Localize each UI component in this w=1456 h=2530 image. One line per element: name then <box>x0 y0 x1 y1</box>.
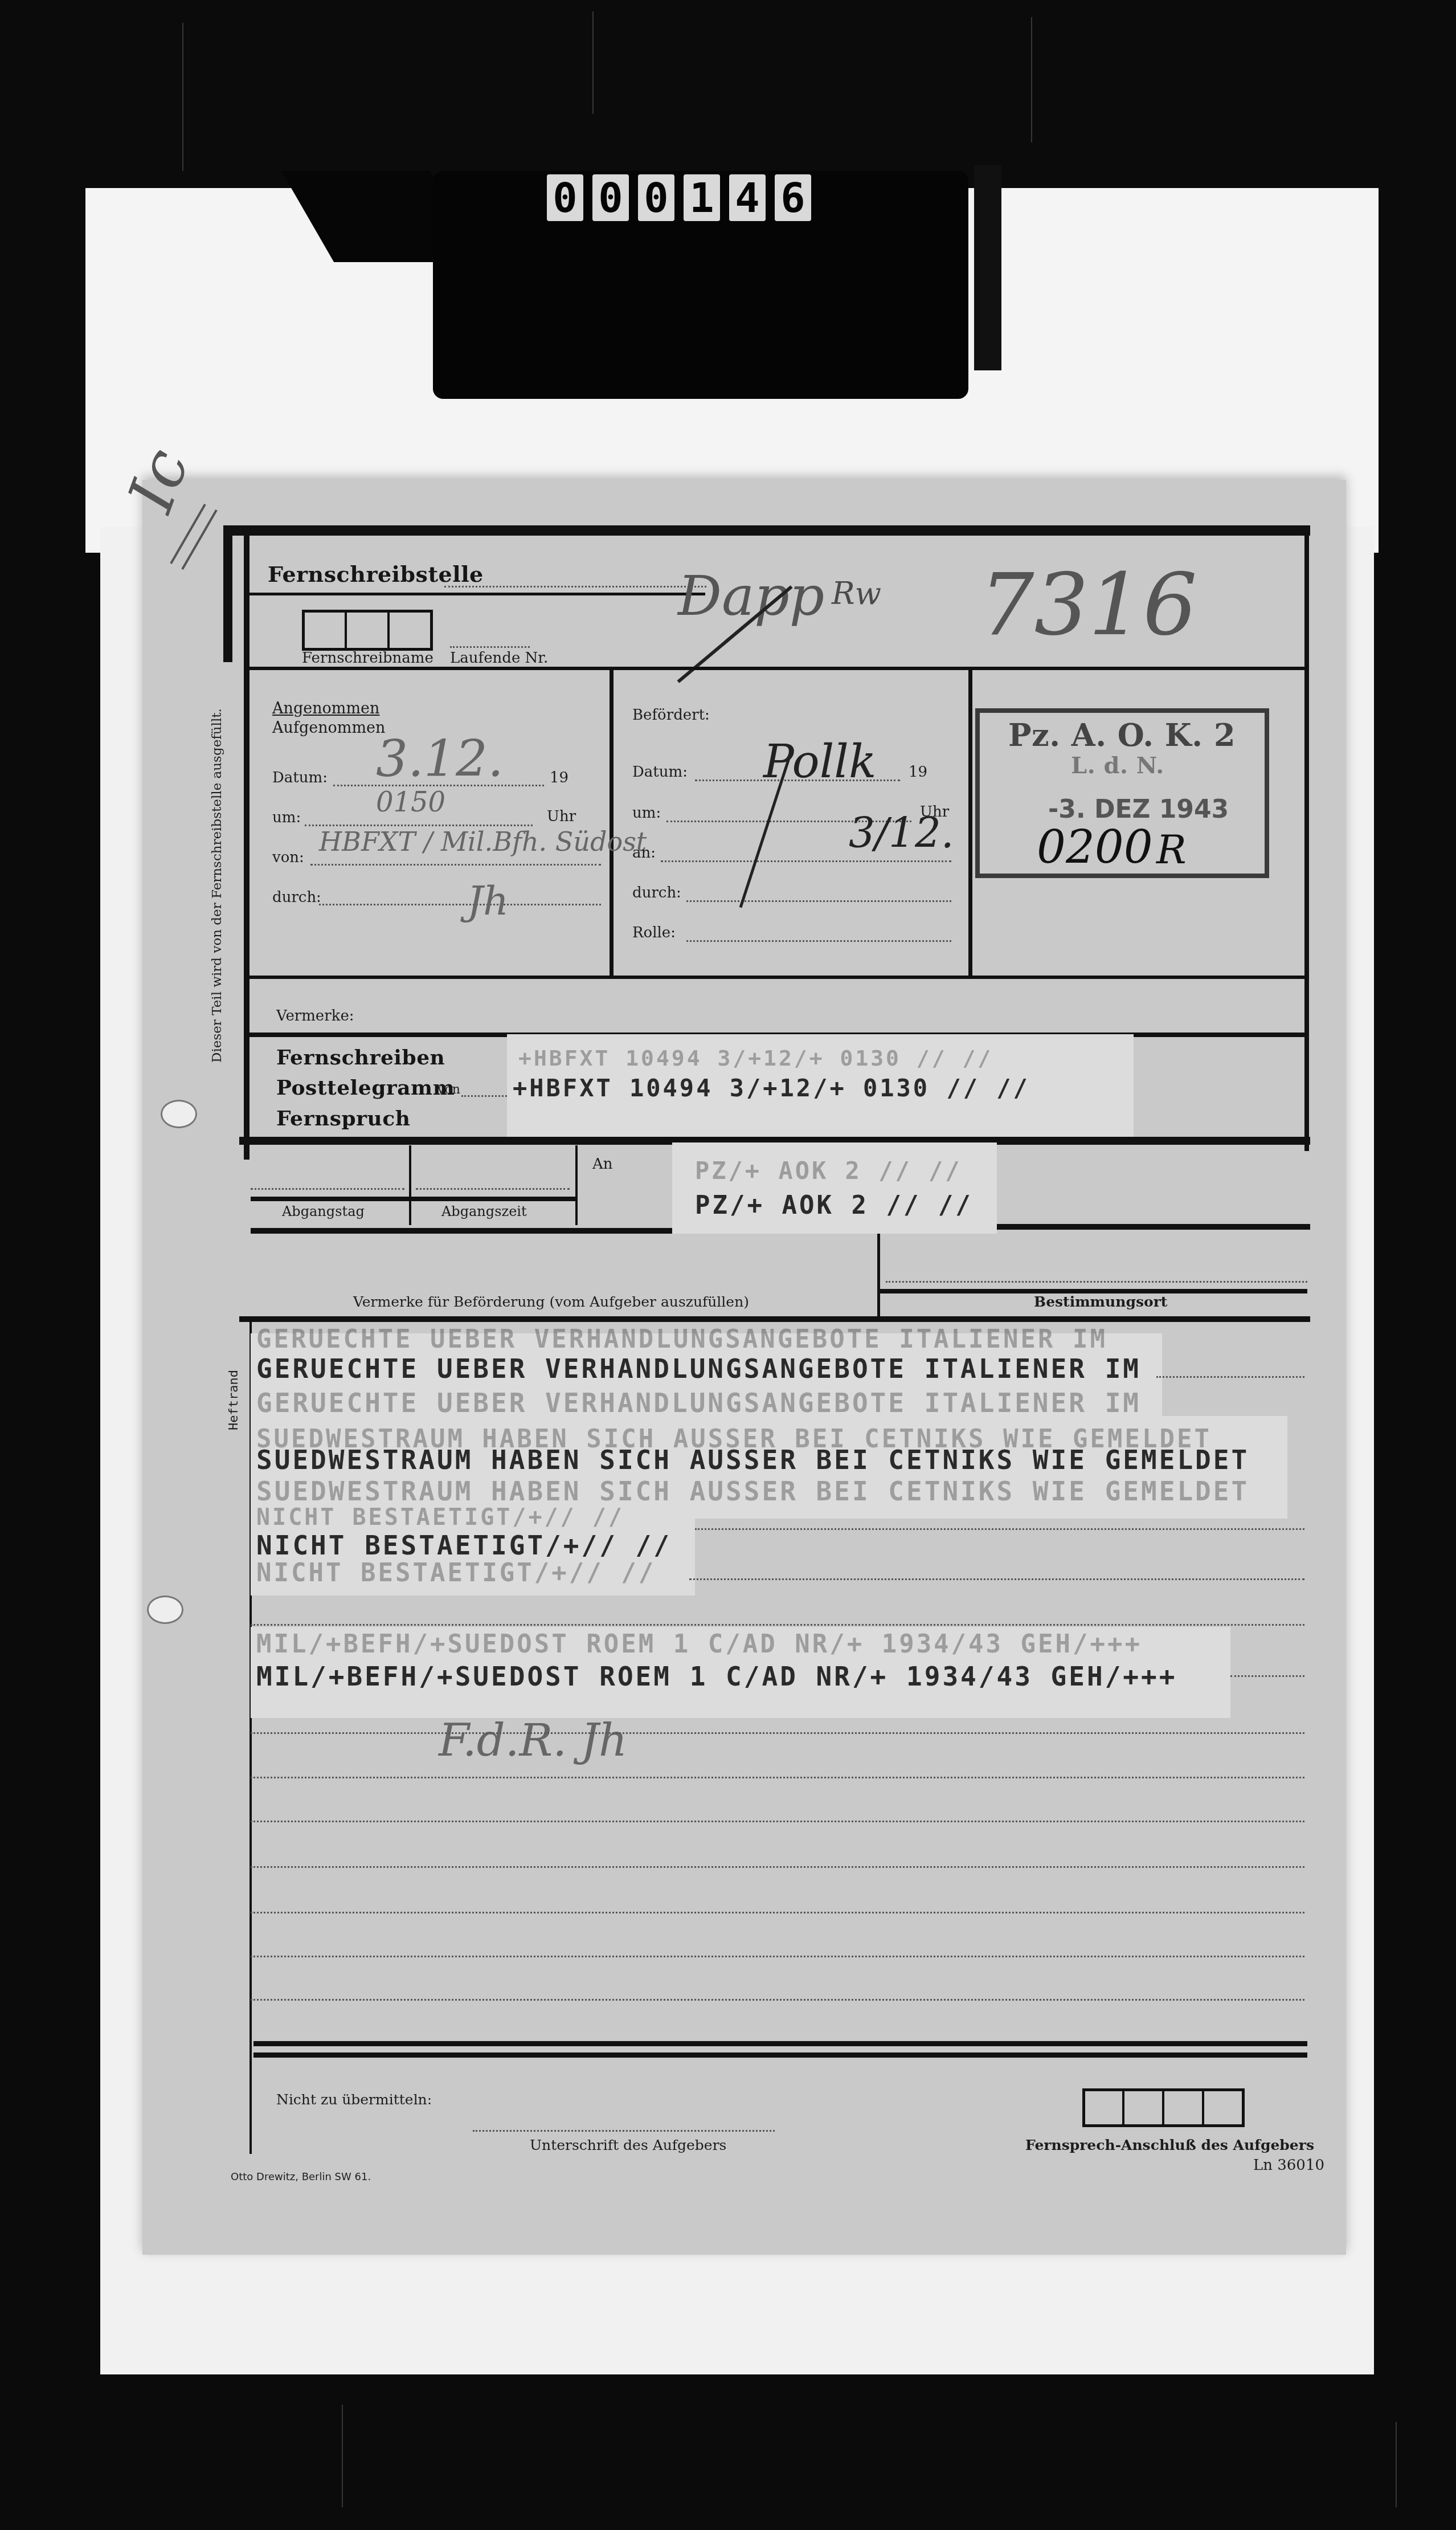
counter-knob <box>974 165 1001 370</box>
body-ruled-line <box>251 1912 1304 1913</box>
dispatch-time-line <box>416 1188 570 1190</box>
received-from-line <box>310 864 601 866</box>
destination-label: Bestimmungsort <box>1034 1293 1167 1310</box>
type-post-telegram: Posttelegramm <box>276 1076 455 1100</box>
serial-label: Laufende Nr. <box>450 650 548 667</box>
received-time-label: um: <box>272 809 301 826</box>
serial-dotted-line <box>450 646 530 648</box>
destination-dotted-line <box>886 1281 1307 1283</box>
handwritten-signoff: F.d.R. Jh <box>439 1715 627 1766</box>
station-dotted-line <box>444 586 706 587</box>
forwarded-by-label: durch: <box>632 884 681 901</box>
box-divider <box>1162 2088 1164 2127</box>
forwarded-roll-line <box>686 940 951 942</box>
destination-line <box>880 1289 1307 1293</box>
stamp-unit: Pz. A. O. K. 2 <box>1008 717 1236 753</box>
body-ruled-line <box>251 1999 1304 2001</box>
dispatch-to-label: An <box>592 1156 613 1173</box>
dispatch-bottom-line-right <box>997 1224 1310 1230</box>
remarks-top-line <box>250 976 1309 979</box>
forwarded-roll-label: Rolle: <box>632 924 676 941</box>
body-ruled-line <box>251 1956 1304 1957</box>
stamp-date: -3. DEZ 1943 <box>1048 795 1229 824</box>
counter-digits: 0 0 0 1 4 6 <box>547 174 811 221</box>
signature-dotted-line <box>473 2130 775 2132</box>
stamp-office: L. d. N. <box>1071 752 1164 779</box>
closing-double-line <box>253 2041 1307 2046</box>
box-divider <box>387 610 390 651</box>
forwarded-time-label: um: <box>632 805 661 822</box>
received-by-value: Jh <box>467 878 509 924</box>
received-date-label: Datum: <box>272 769 328 786</box>
from-label: von <box>437 1083 460 1097</box>
teletype-recipient-ghost: PZ/+ AOK 2 // // <box>695 1157 962 1185</box>
sender-signature-label: Unterschrift des Aufgebers <box>530 2137 726 2153</box>
type-phone-message: Fernspruch <box>276 1107 410 1131</box>
stamp-handwritten-time: 0200 <box>1037 821 1153 874</box>
message-line-4: MIL/+BEFH/+SUEDOST ROEM 1 C/AD NR/+ 1934… <box>256 1661 1177 1692</box>
teleprinter-name-label: Fernschreibname <box>302 650 433 667</box>
counter-digit: 0 <box>592 174 629 221</box>
counter-digit: 6 <box>775 174 811 221</box>
header-bottom-line <box>250 667 1304 670</box>
forwarded-date-label: Datum: <box>632 764 688 781</box>
received-title-top: Angenommen <box>272 700 379 717</box>
teletype-recipient: PZ/+ AOK 2 // // <box>695 1191 973 1220</box>
handwritten-message-number: 7316 <box>980 556 1197 655</box>
header-divider <box>250 593 705 595</box>
type-teleprint: Fernschreiben <box>276 1046 445 1070</box>
message-line-1: GERUECHTE UEBER VERHANDLUNGSANGEBOTE ITA… <box>256 1353 1141 1384</box>
form-border-top <box>223 525 1310 536</box>
message-line-3: NICHT BESTAETIGT/+// // <box>256 1530 672 1561</box>
forwarded-year-prefix: 19 <box>909 764 927 781</box>
teletype-ghost-line: MIL/+BEFH/+SUEDOST ROEM 1 C/AD NR/+ 1934… <box>256 1630 1142 1659</box>
sender-phone-label: Fernsprech-Anschluß des Aufgebers <box>1025 2137 1314 2153</box>
forwarded-to-label: an: <box>632 844 656 862</box>
closing-double-line <box>253 2052 1307 2058</box>
from-dotted-line <box>461 1095 507 1097</box>
counter-digit: 1 <box>684 174 720 221</box>
form-number: Ln 36010 <box>1253 2157 1324 2174</box>
teleprinter-name-boxes <box>302 610 433 651</box>
box-divider <box>1122 2088 1124 2127</box>
teletype-ghost-line: NICHT BESTAETIGT/+// // <box>256 1558 656 1588</box>
forwarded-by-line <box>686 900 951 902</box>
dispatch-divider <box>575 1145 578 1225</box>
teletype-strip-recipient <box>672 1142 997 1234</box>
body-ruled-line <box>695 1528 1304 1530</box>
received-from-label: von: <box>272 849 304 866</box>
binding-edge-label: Heftrand <box>227 1370 241 1430</box>
form-border-left-bracket <box>223 525 232 662</box>
box-divider <box>345 610 347 651</box>
frame-counter: 0 0 0 1 4 6 <box>433 171 968 399</box>
counter-digit: 0 <box>547 174 583 221</box>
received-from-value: HBFXT / Mil.Bfh. Südost <box>319 826 647 857</box>
forwarded-to-line <box>661 860 951 862</box>
body-ruled-line <box>251 1821 1304 1822</box>
form-border-right <box>1304 536 1309 1151</box>
teletype-ghost-line: NICHT BESTAETIGT/+// // <box>256 1504 624 1531</box>
counter-digit: 4 <box>729 174 766 221</box>
remarks-label: Vermerke: <box>276 1007 354 1025</box>
column-divider <box>610 670 614 978</box>
forwarding-divider <box>877 1234 880 1319</box>
teletype-ghost-line: GERUECHTE UEBER VERHANDLUNGSANGEBOTE ITA… <box>256 1388 1141 1418</box>
received-title-bottom: Aufgenommen <box>272 719 385 737</box>
punch-hole <box>147 1595 183 1624</box>
box-divider <box>1202 2088 1204 2127</box>
teletype-ghost-line: +HBFXT 10494 3/+12/+ 0130 // // <box>518 1046 993 1071</box>
handwritten-small-note: Rw <box>832 576 881 611</box>
forwarding-notes-label: Vermerke für Beförderung (vom Aufgeber a… <box>353 1293 749 1310</box>
body-ruled-line <box>1230 1675 1304 1677</box>
forwarded-title: Befördert: <box>632 707 710 724</box>
counter-digit: 0 <box>638 174 674 221</box>
received-time-suffix: Uhr <box>547 808 576 825</box>
message-line-2: SUEDWESTRAUM HABEN SICH AUSSER BEI CETNI… <box>256 1444 1249 1475</box>
teletype-from-value: +HBFXT 10494 3/+12/+ 0130 // // <box>513 1074 1030 1102</box>
teletype-ghost-line: SUEDWESTRAUM HABEN SICH AUSSER BEI CETNI… <box>256 1476 1249 1507</box>
received-by-label: durch: <box>272 889 321 906</box>
dispatch-time-label: Abgangszeit <box>441 1203 527 1219</box>
punch-hole <box>161 1100 197 1128</box>
printer-imprint: Otto Drewitz, Berlin SW 61. <box>231 2171 371 2183</box>
vertical-instruction: Dieser Teil wird von der Fernschreibstel… <box>210 708 224 1063</box>
dispatch-day-label: Abgangstag <box>282 1203 365 1219</box>
body-ruled-line <box>251 1777 1304 1778</box>
received-by-line <box>319 904 601 905</box>
body-ruled-line <box>251 1732 1304 1734</box>
stamp-handwritten-initial: R <box>1156 826 1187 873</box>
forwarded-date-value: 3/12. <box>849 809 954 857</box>
station-label: Fernschreibstelle <box>268 561 484 587</box>
received-date-value: 3.12. <box>376 729 504 788</box>
dispatch-divider <box>409 1145 411 1225</box>
column-divider <box>968 670 972 978</box>
do-not-transmit-label: Nicht zu übermitteln: <box>276 2091 432 2108</box>
dispatch-day-line <box>251 1188 404 1190</box>
body-ruled-line <box>689 1578 1304 1580</box>
teletype-ghost-line: GERUECHTE UEBER VERHANDLUNGSANGEBOTE ITA… <box>256 1325 1107 1354</box>
body-ruled-line <box>251 1624 1304 1626</box>
dispatch-label-line <box>251 1197 575 1201</box>
body-ruled-line <box>1156 1376 1304 1378</box>
received-year-prefix: 19 <box>550 769 569 786</box>
body-ruled-line <box>251 1866 1304 1868</box>
forwarding-bottom-line <box>239 1316 1310 1322</box>
dispatch-bottom-line <box>251 1228 672 1234</box>
form-border-left <box>244 536 250 1160</box>
received-time-value: 0150 <box>376 786 445 818</box>
